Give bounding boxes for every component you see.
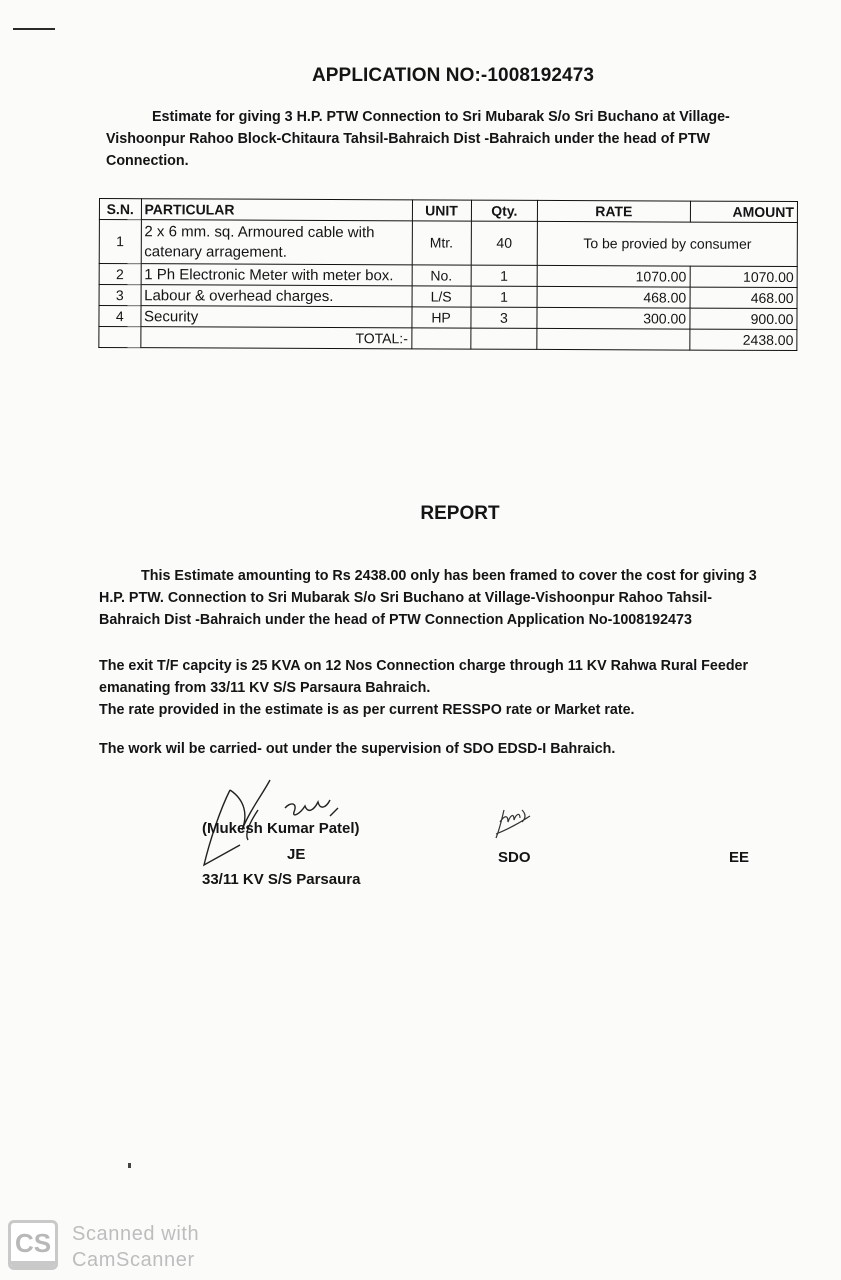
watermark-line: CamScanner [72, 1247, 199, 1273]
scan-mark [13, 28, 55, 30]
logo-text: CS [11, 1223, 55, 1263]
cell-rate: 300.00 [537, 307, 690, 329]
paragraph-line: The rate provided in the estimate is as … [99, 699, 789, 721]
report-heading: REPORT [0, 503, 841, 525]
je-title: JE [287, 846, 305, 863]
table-row: 4 Security HP 3 300.00 900.00 [99, 306, 797, 330]
logo-bar [11, 1261, 55, 1267]
intro-line: Estimate for giving 3 H.P. PTW Connectio… [106, 106, 766, 128]
cell-rate: 468.00 [537, 286, 690, 308]
cell-sn: 4 [99, 306, 141, 327]
sdo-signature-icon [490, 804, 540, 844]
cell-qty: 1 [471, 265, 538, 286]
cell-unit: HP [411, 307, 470, 328]
cell-sn: 2 [99, 264, 141, 285]
col-particular: PARTICULAR [141, 199, 412, 221]
cell-empty [411, 328, 470, 349]
col-amount: AMOUNT [690, 201, 797, 222]
cell-empty [471, 328, 538, 349]
col-rate: RATE [538, 200, 691, 222]
estimate-table: S.N. PARTICULAR UNIT Qty. RATE AMOUNT 1 … [98, 198, 798, 351]
je-name: (Mukesh Kumar Patel) [202, 820, 360, 837]
application-number-heading: APPLICATION NO:-1008192473 [0, 65, 841, 87]
paragraph-line: This Estimate amounting to Rs 2438.00 on… [99, 565, 789, 587]
table-total-row: TOTAL:- 2438.00 [99, 327, 797, 351]
estimate-intro: Estimate for giving 3 H.P. PTW Connectio… [106, 106, 766, 172]
table-row: 3 Labour & overhead charges. L/S 1 468.0… [99, 285, 797, 309]
col-unit: UNIT [412, 200, 471, 221]
total-amount: 2438.00 [689, 329, 796, 350]
table-header-row: S.N. PARTICULAR UNIT Qty. RATE AMOUNT [99, 199, 797, 223]
cell-unit: L/S [412, 286, 471, 307]
table-row: 2 1 Ph Electronic Meter with meter box. … [99, 264, 797, 288]
table-row: 1 2 x 6 mm. sq. Armoured cable with cate… [99, 220, 797, 267]
report-paragraph-estimate: This Estimate amounting to Rs 2438.00 on… [99, 565, 789, 631]
cell-amount: 900.00 [690, 308, 797, 329]
cell-particular: Labour & overhead charges. [141, 285, 412, 307]
cell-rate-amount-merged: To be provied by consumer [537, 221, 797, 266]
cell-sn: 3 [99, 285, 141, 306]
cell-particular: 2 x 6 mm. sq. Armoured cable with catena… [141, 220, 412, 265]
intro-line: Connection. [106, 150, 766, 172]
col-qty: Qty. [471, 200, 538, 221]
paragraph-line: H.P. PTW. Connection to Sri Mubarak S/o … [99, 587, 789, 609]
cell-rate: 1070.00 [537, 265, 690, 287]
cell-empty [99, 327, 141, 348]
cell-qty: 40 [471, 221, 538, 265]
particular-line: 2 x 6 mm. sq. Armoured cable with [144, 223, 408, 241]
camscanner-watermark: Scanned with CamScanner [72, 1221, 199, 1273]
camscanner-logo-icon: CS [8, 1220, 58, 1270]
total-label: TOTAL:- [140, 327, 411, 349]
paragraph-line: emanating from 33/11 KV S/S Parsaura Bah… [99, 677, 789, 699]
cell-qty: 1 [471, 286, 538, 307]
report-paragraph-capacity: The exit T/F capcity is 25 KVA on 12 Nos… [99, 655, 789, 721]
scan-speck [128, 1163, 131, 1168]
je-station: 33/11 KV S/S Parsaura [202, 871, 360, 888]
cell-empty [537, 328, 690, 350]
particular-line: catenary arragement. [144, 243, 408, 261]
cell-amount: 468.00 [690, 287, 797, 308]
paragraph-line: The exit T/F capcity is 25 KVA on 12 Nos… [99, 655, 789, 677]
cell-particular: Security [141, 306, 412, 328]
cell-particular: 1 Ph Electronic Meter with meter box. [141, 264, 412, 286]
cell-qty: 3 [471, 307, 538, 328]
cell-unit: Mtr. [412, 221, 471, 265]
watermark-line: Scanned with [72, 1221, 199, 1247]
ee-title: EE [729, 849, 749, 866]
intro-line: Vishoonpur Rahoo Block-Chitaura Tahsil-B… [106, 128, 766, 150]
cell-sn: 1 [99, 220, 141, 264]
paragraph-line: Bahraich Dist -Bahraich under the head o… [99, 609, 789, 631]
report-paragraph-supervision: The work wil be carried- out under the s… [99, 738, 789, 760]
sdo-title: SDO [498, 849, 531, 866]
cell-unit: No. [412, 265, 471, 286]
col-sn: S.N. [99, 199, 141, 220]
cell-amount: 1070.00 [690, 266, 797, 287]
